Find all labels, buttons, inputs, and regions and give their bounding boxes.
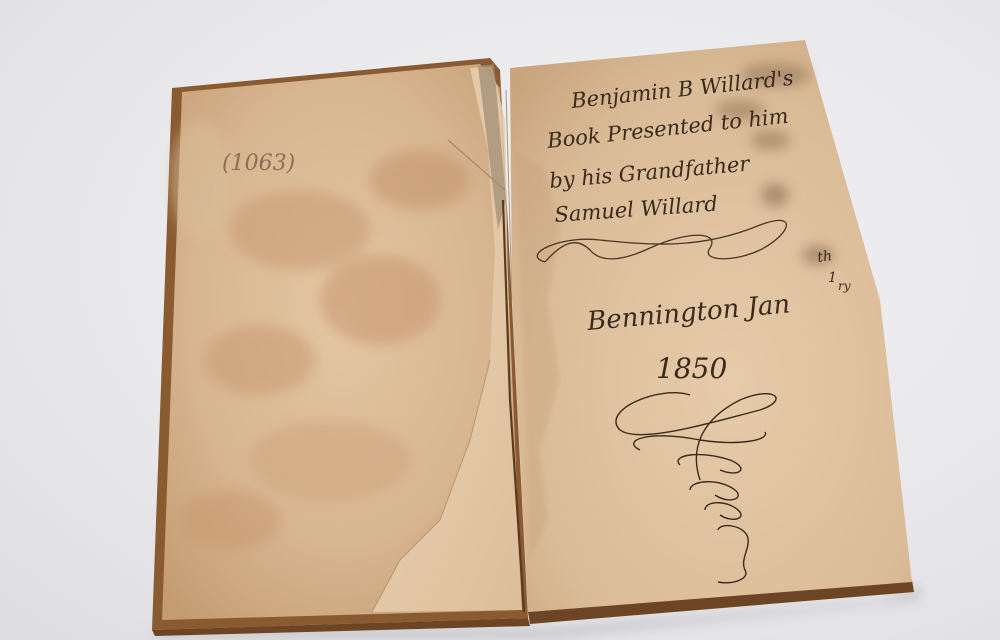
right-page: Benjamin B Willard's Book Presented to h… [510,40,912,612]
day-mark: 1 [828,270,837,286]
year: 1850 [656,352,727,385]
pencil-note: (1063) [222,151,295,176]
day-superscript: th [816,248,833,266]
month-suffix: ry [838,279,851,293]
left-page: (1063) [162,64,522,620]
book-illustration: (1063) [0,0,1000,640]
book-photo: (1063) [0,0,1000,640]
